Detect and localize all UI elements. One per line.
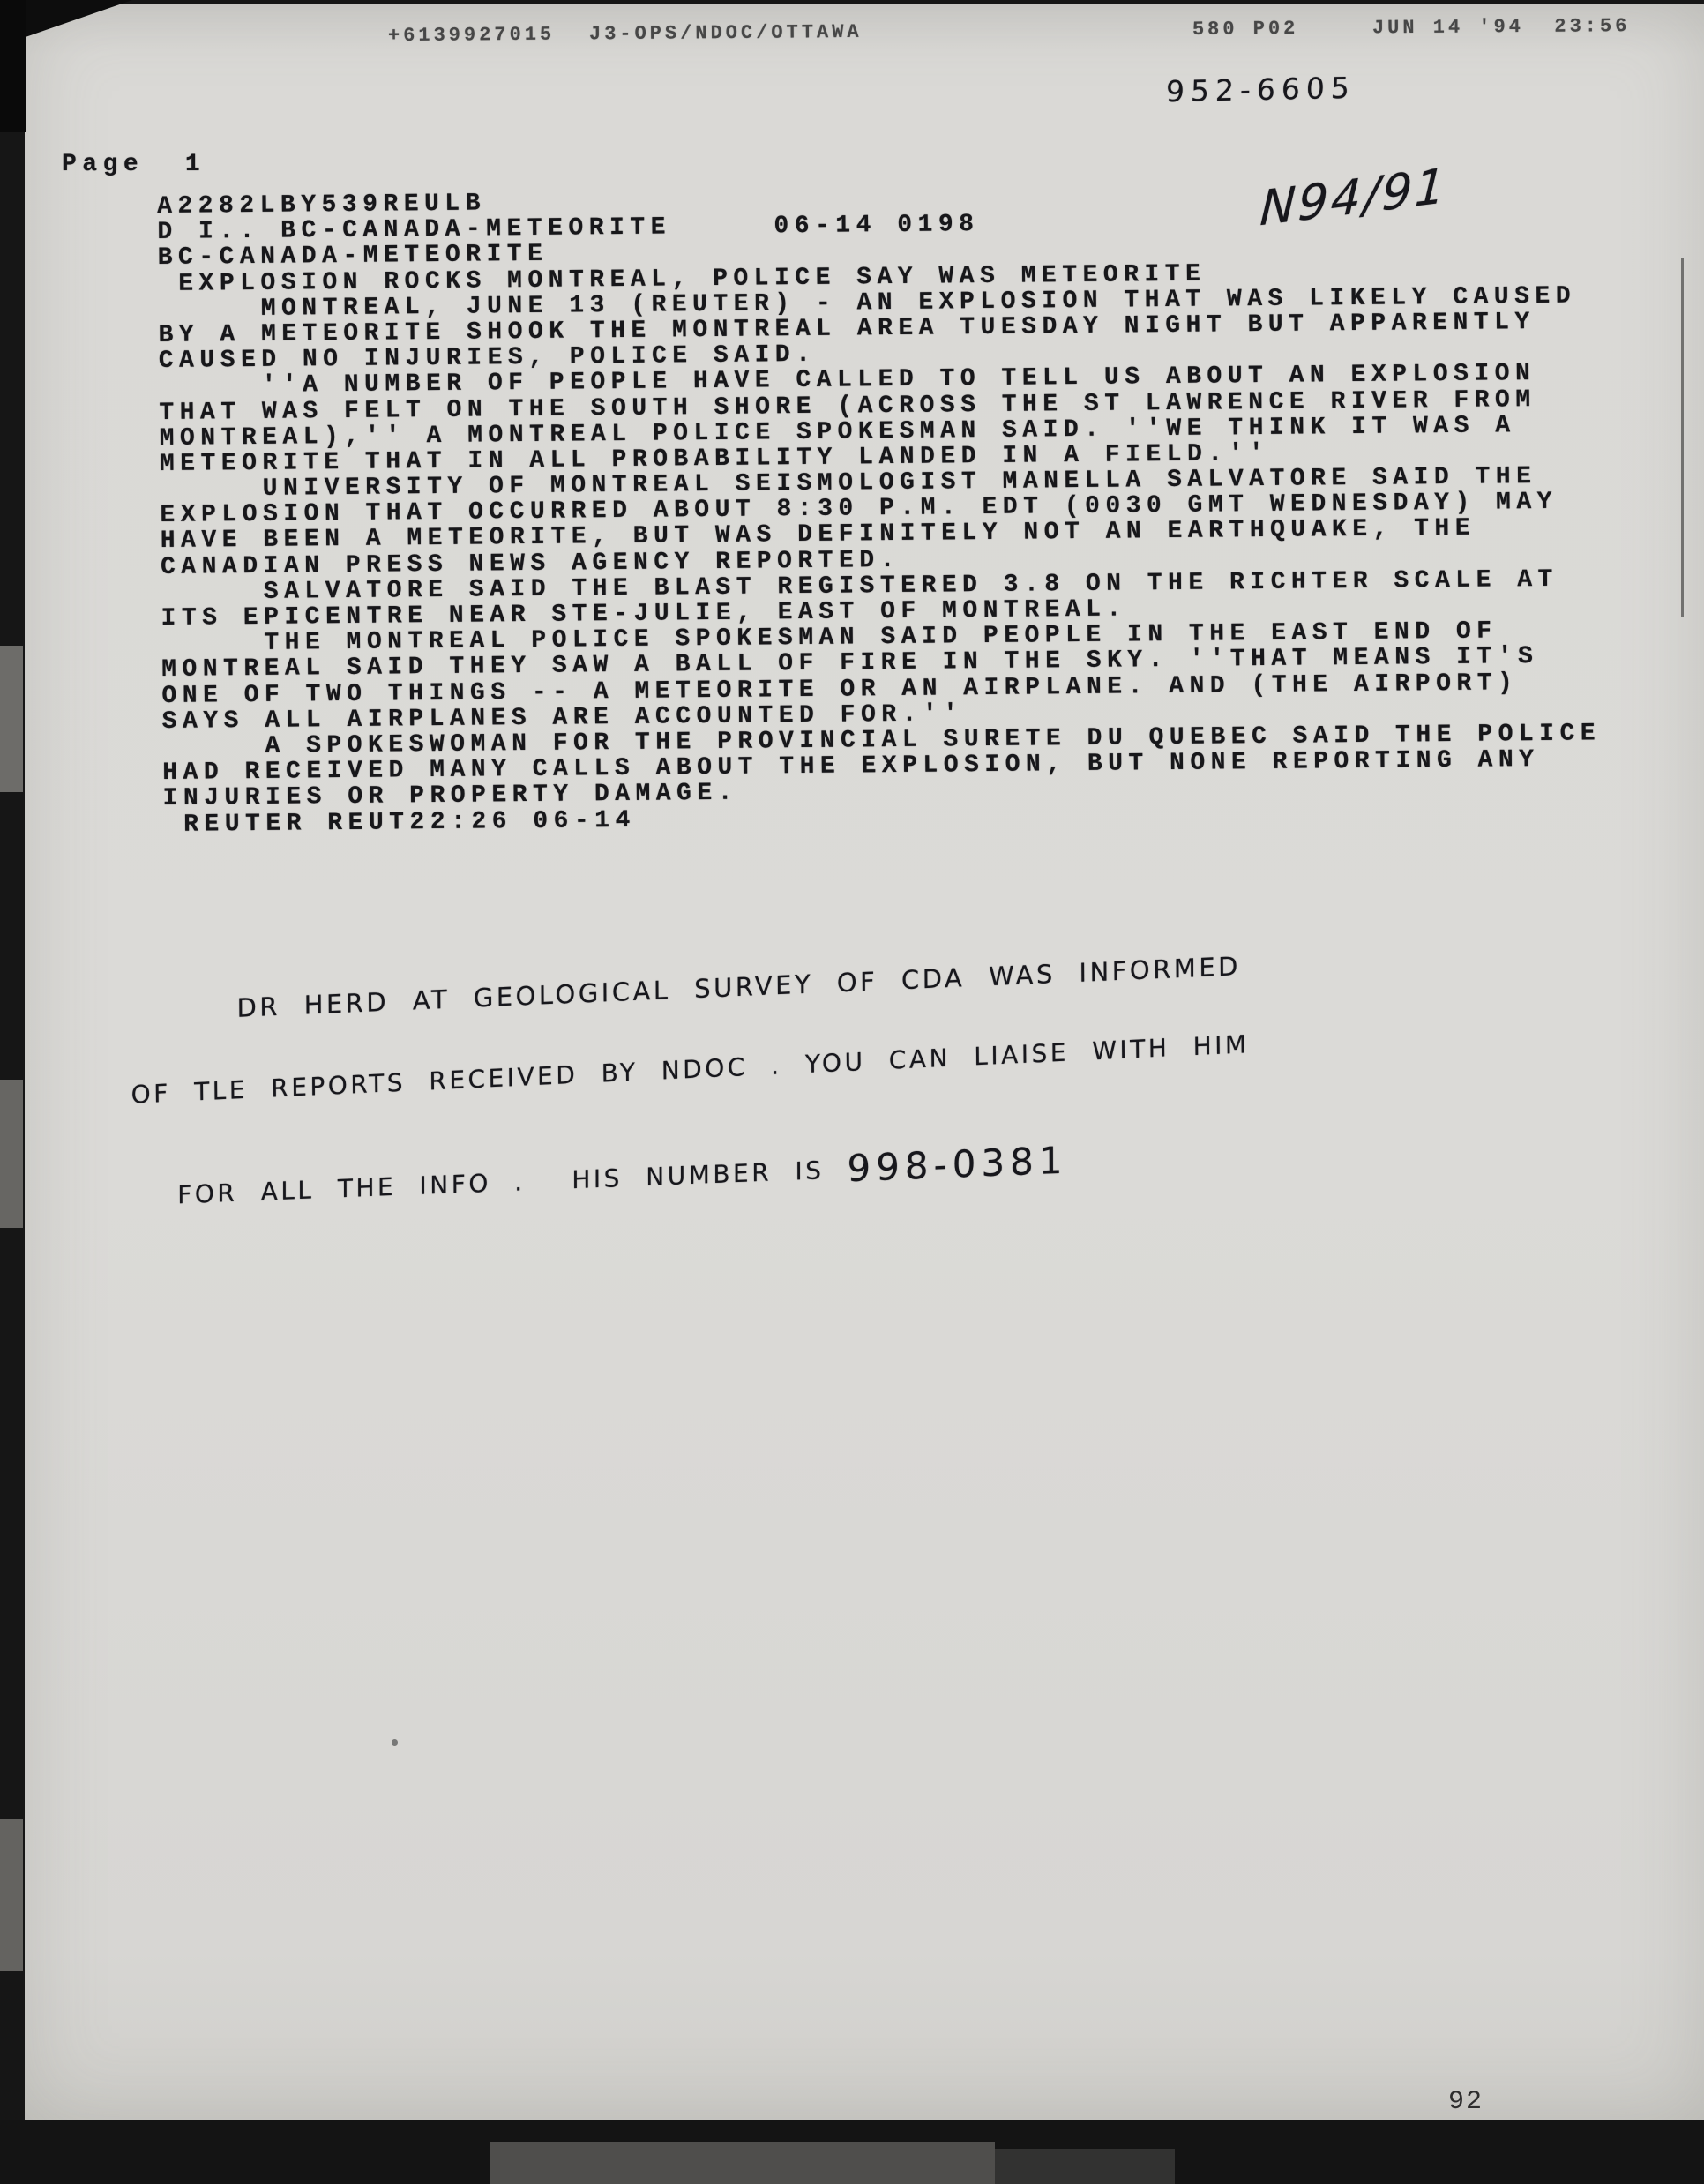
scan-scratch-line [1681,258,1684,617]
handwritten-phone-998-0381: 998-0381 [847,1139,1067,1191]
scan-left-artifact [0,1819,23,1971]
scan-bottom-artifact [995,2149,1175,2184]
scan-speck [392,1739,398,1746]
scan-left-artifact [0,1080,23,1228]
scan-bottom-artifact [490,2142,995,2184]
news-article-body: A2282LBY539REULBD I.. BC-CANADA-METEORIT… [157,180,1602,837]
page-label: Page 1 [62,151,206,178]
fax-sender-number: +6139927015 [388,24,555,47]
fax-datetime: JUN 14 '94 23:56 [1372,15,1631,39]
handwritten-phone-number: 952-6605 [1165,71,1356,109]
scan-left-artifact [0,646,23,792]
archive-page-number: 92 [1448,2087,1484,2117]
fax-sender-station: J3-OPS/NDOC/OTTAWA [589,21,863,45]
fax-page-code: 580 P02 [1192,18,1299,41]
